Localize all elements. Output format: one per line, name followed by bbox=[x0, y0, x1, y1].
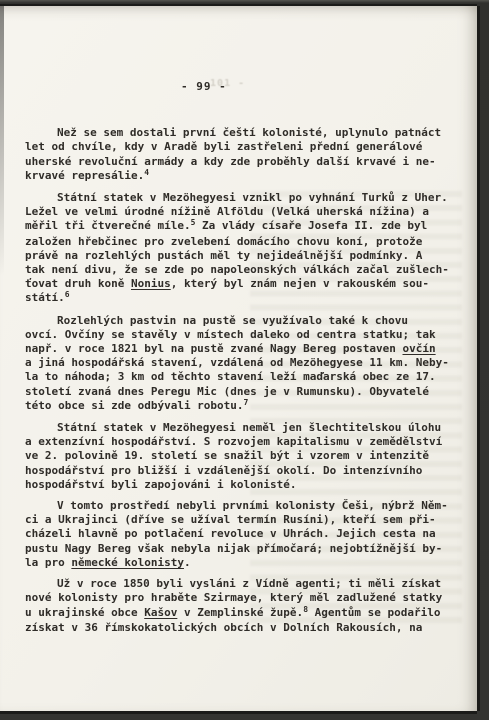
text-run: , který byl znám nejen v rakouském sou- bbox=[171, 277, 429, 290]
text-run: krvavé represálie. bbox=[25, 169, 144, 182]
text-run: právě na rozlehlých pustách měl ty nejid… bbox=[25, 249, 422, 262]
text-run: v Zemplinské župě. bbox=[177, 606, 303, 619]
paragraph: Rozlehlých pastvin na pustě se využívalo… bbox=[25, 314, 439, 414]
text-line: u ukrajinské obce Kašov v Zemplinské žup… bbox=[25, 606, 439, 621]
paragraph: Státní statek v Mezöhegyesi vznikl po vy… bbox=[25, 191, 439, 307]
text-run: pustu Nagy Bereg však nebyla nijak přímo… bbox=[25, 542, 442, 555]
text-line: právě na rozlehlých pustách měl ty nejid… bbox=[25, 249, 439, 263]
text-line: Ležel ve velmi úrodné nížině Alföldu (Ve… bbox=[25, 205, 439, 219]
text-line: la to náhoda; 3 km od těchto stavení lež… bbox=[25, 370, 439, 384]
text-run: la to náhoda; 3 km od těchto stavení lež… bbox=[25, 370, 436, 383]
underlined-term: německé kolonisty bbox=[71, 556, 184, 569]
text-run: měřil tři čtverečné míle. bbox=[25, 219, 191, 232]
text-line: Rozlehlých pastvin na pustě se využívalo… bbox=[25, 314, 439, 328]
text-run: Státní statek v Mezöhegyesi neměl jen šl… bbox=[57, 421, 441, 434]
text-line: pustu Nagy Bereg však nebyla nijak přímo… bbox=[25, 542, 439, 556]
text-run: století zvaná dnes Peregu Mic (dnes je v… bbox=[25, 385, 429, 398]
text-line: uherské revoluční armády a kdy zde probě… bbox=[25, 155, 439, 169]
text-run: ve 2. polovině 19. století se snažil být… bbox=[25, 449, 429, 462]
scan-background: - 101 - - 99 - Než se sem dostali první … bbox=[0, 0, 489, 720]
text-run: uherské revoluční armády a kdy zde probě… bbox=[25, 155, 436, 168]
text-line: tak není divu, že se zde po napoleonskýc… bbox=[25, 263, 439, 277]
text-line: založen hřebčinec pro zvelebení domácího… bbox=[25, 235, 439, 249]
text-run: Agentům se podařilo bbox=[308, 606, 440, 619]
text-line: této obce si zde odbývali robotu.7 bbox=[25, 399, 439, 414]
underlined-term: Kašov bbox=[144, 606, 177, 619]
text-run: . bbox=[184, 556, 191, 569]
text-run: hospodářství byli zapojováni i kolonisté… bbox=[25, 478, 297, 491]
footnote-ref: 6 bbox=[65, 290, 70, 299]
footnote-ref: 7 bbox=[244, 398, 249, 407]
text-line: let od chvíle, kdy v Aradě byli zastřele… bbox=[25, 140, 439, 154]
paragraph: V tomto prostředí nebyli prvními kolonis… bbox=[25, 499, 439, 570]
text-line: Než se sem dostali první čeští kolonisté… bbox=[25, 126, 439, 140]
text-line: ovcí. Ovčíny se stavěly v místech daleko… bbox=[25, 328, 439, 342]
text-run: Už v roce 1850 byli vysláni z Vídně agen… bbox=[57, 577, 441, 590]
footnote-ref: 5 bbox=[191, 218, 196, 227]
text-run: la pro bbox=[25, 556, 71, 569]
page-content: - 99 - Než se sem dostali první čeští ko… bbox=[0, 6, 477, 711]
text-run: ci a Ukrajinci (dříve se užíval termín R… bbox=[25, 513, 436, 526]
text-run: Státní statek v Mezöhegyesi vznikl po vy… bbox=[57, 191, 448, 204]
text-line: hospodářství pro bližší i vzdálenější ok… bbox=[25, 464, 439, 478]
text-run: u ukrajinské obce bbox=[25, 606, 144, 619]
text-run: cházeli hlavně po potlačení revoluce v U… bbox=[25, 527, 436, 540]
text-line: ťovat druh koně Nonius, který byl znám n… bbox=[25, 277, 439, 291]
text-line: např. v roce 1821 byl na pustě zvané Nag… bbox=[25, 342, 439, 356]
text-line: a extenzívní hospodářství. S rozvojem ka… bbox=[25, 435, 439, 449]
page-edge-shadow bbox=[0, 6, 4, 276]
text-line: cházeli hlavně po potlačení revoluce v U… bbox=[25, 527, 439, 541]
text-line: Státní statek v Mezöhegyesi neměl jen šl… bbox=[25, 421, 439, 435]
text-run: Než se sem dostali první čeští kolonisté… bbox=[57, 126, 441, 139]
text-run: a extenzívní hospodářství. S rozvojem ka… bbox=[25, 435, 442, 448]
text-line: ve 2. polovině 19. století se snažil být… bbox=[25, 449, 439, 463]
text-line: století zvaná dnes Peregu Mic (dnes je v… bbox=[25, 385, 439, 399]
text-line: Už v roce 1850 byli vysláni z Vídně agen… bbox=[25, 577, 439, 591]
text-line: Státní statek v Mezöhegyesi vznikl po vy… bbox=[25, 191, 439, 205]
text-run: státí. bbox=[25, 291, 65, 304]
text-line: nové kolonisty pro hraběte Szirmaye, kte… bbox=[25, 591, 439, 605]
text-run: a jiná hospodářská stavení, vzdálená od … bbox=[25, 356, 449, 369]
text-run: tak není divu, že se zde po napoleonskýc… bbox=[25, 263, 449, 276]
scanned-page: - 101 - - 99 - Než se sem dostali první … bbox=[0, 6, 477, 711]
text-run: Ležel ve velmi úrodné nížině Alföldu (Ve… bbox=[25, 205, 429, 218]
text-run: V tomto prostředí nebyli prvními kolonis… bbox=[57, 499, 448, 512]
text-line: krvavé represálie.4 bbox=[25, 169, 439, 184]
text-line: státí.6 bbox=[25, 291, 439, 306]
text-run: let od chvíle, kdy v Aradě byli zastřele… bbox=[25, 140, 422, 153]
text-run: ťovat druh koně bbox=[25, 277, 131, 290]
text-run: Za vlády císaře Josefa II. zde byl bbox=[195, 219, 427, 232]
text-line: la pro německé kolonisty. bbox=[25, 556, 439, 570]
paragraph: Už v roce 1850 byli vysláni z Vídně agen… bbox=[25, 577, 439, 635]
text-line: ci a Ukrajinci (dříve se užíval termín R… bbox=[25, 513, 439, 527]
paragraph: Státní statek v Mezöhegyesi neměl jen šl… bbox=[25, 421, 439, 492]
text-line: měřil tři čtverečné míle.5 Za vlády císa… bbox=[25, 219, 439, 234]
text-line: V tomto prostředí nebyli prvními kolonis… bbox=[25, 499, 439, 513]
text-run: např. v roce 1821 byl na pustě zvané Nag… bbox=[25, 342, 403, 355]
text-run: získat v 36 římskokatolických obcích v D… bbox=[25, 621, 422, 634]
paragraph: Než se sem dostali první čeští kolonisté… bbox=[25, 126, 439, 184]
text-line: získat v 36 římskokatolických obcích v D… bbox=[25, 621, 439, 635]
text-run: nové kolonisty pro hraběte Szirmaye, kte… bbox=[25, 591, 442, 604]
text-line: hospodářství byli zapojováni i kolonisté… bbox=[25, 478, 439, 492]
text-run: založen hřebčinec pro zvelebení domácího… bbox=[25, 235, 422, 248]
text-run: této obce si zde odbývali robotu. bbox=[25, 399, 244, 412]
text-run: hospodářství pro bližší i vzdálenější ok… bbox=[25, 464, 422, 477]
underlined-term: ovčín bbox=[403, 342, 436, 355]
text-run: Rozlehlých pastvin na pustě se využívalo… bbox=[57, 314, 408, 327]
footnote-ref: 8 bbox=[303, 605, 308, 614]
text-run: ovcí. Ovčíny se stavěly v místech daleko… bbox=[25, 328, 436, 341]
text-line: a jiná hospodářská stavení, vzdálená od … bbox=[25, 356, 439, 370]
underlined-term: Nonius bbox=[131, 277, 171, 290]
page-number: - 99 - bbox=[181, 80, 439, 94]
footnote-ref: 4 bbox=[144, 168, 149, 177]
